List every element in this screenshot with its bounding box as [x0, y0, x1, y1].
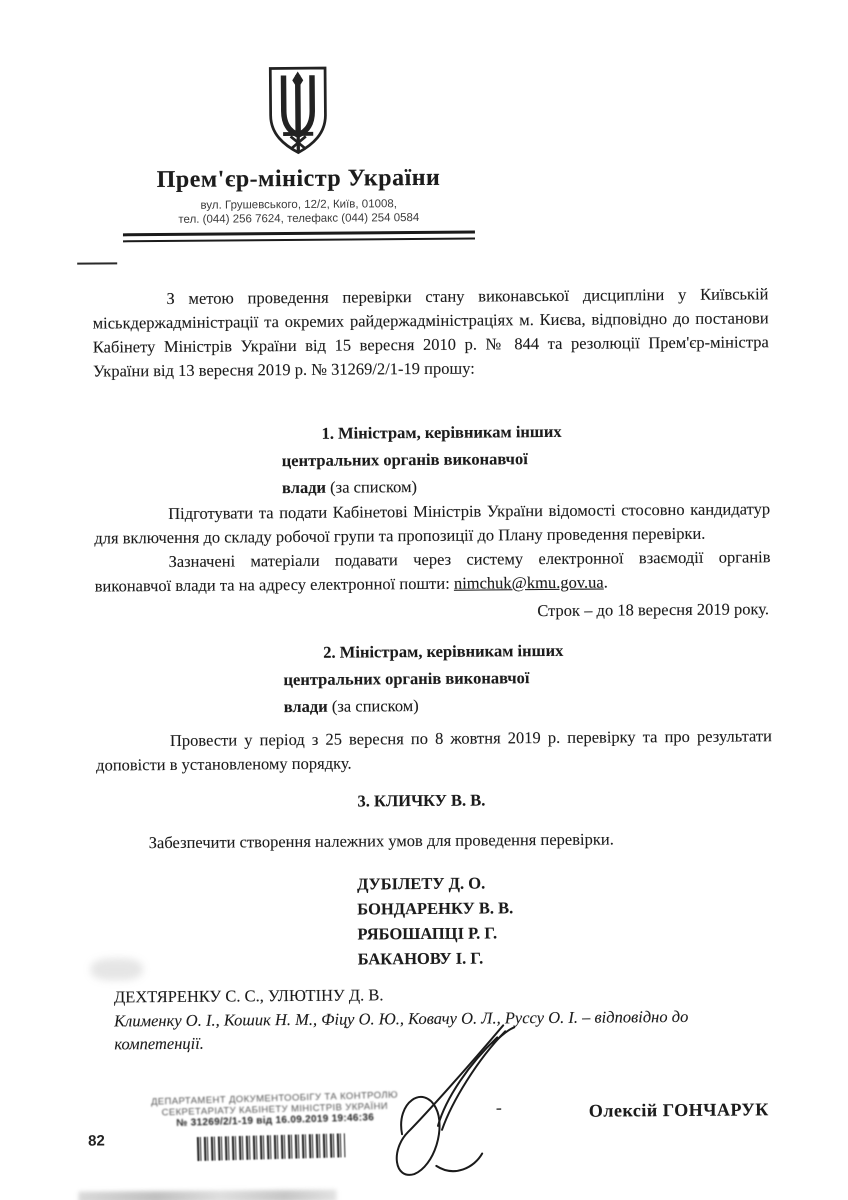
paragraph-inspection: Провести у період з 25 вересня по 8 жовт… [96, 724, 772, 777]
paragraph-email-text: Зазначені матеріали подавати через систе… [95, 547, 771, 595]
org-address: вул. Грушевського, 12/2, Київ, 01008, те… [87, 196, 511, 227]
paragraph-task1: Підготувати та подати Кабінетові Міністр… [94, 497, 770, 550]
scan-smudge [91, 958, 143, 980]
heading-klychko: 3. КЛИЧКУ В. В. [96, 786, 746, 815]
org-address-line2: тел. (044) 256 7624, телефакс (044) 254 … [87, 210, 511, 227]
email-address: nimchuk@kmu.gov.ua [454, 573, 604, 593]
ukraine-trident-emblem-icon [261, 65, 336, 158]
recipient-riaboshapka: РЯБОШАПЦІ Р. Г. [357, 918, 773, 946]
recipient-dubilet: ДУБІЛЕТУ Д. О. [357, 868, 773, 896]
recipient-bondarenko: БОНДАРЕНКУ В. В. [357, 893, 773, 921]
deadline-line: Строк – до 18 вересня 2019 року. [95, 597, 769, 626]
signatory-name: Олексій ГОНЧАРУК [589, 1099, 769, 1121]
paragraph-conditions: Забезпечити створення належних умов для … [97, 826, 773, 855]
addressee2-line1: 2. Міністрам, керівникам інших [283, 637, 593, 666]
letterhead-divider [123, 231, 475, 243]
addressee1-line3: влади (за списком) [282, 472, 592, 501]
signature-dash: - [496, 1097, 502, 1118]
addressee2-line3: влади (за списком) [284, 691, 594, 720]
letterhead: Прем'єр-міністр України вул. Грушевськог… [86, 63, 511, 242]
document-body: З метою проведення перевірки стану викон… [92, 282, 774, 1055]
addressee2-line3-normal: (за списком) [328, 696, 419, 716]
addressee2-line3-bold: влади [284, 697, 328, 716]
paragraph-purpose: З метою проведення перевірки стану викон… [92, 282, 769, 383]
addressee1-line3-normal: (за списком) [326, 477, 417, 497]
scan-skew-wrapper: Прем'єр-міністр України вул. Грушевськог… [0, 0, 848, 1200]
addressee-block-2: 2. Міністрам, керівникам інших центральн… [283, 637, 594, 720]
paragraph-email-period: . [604, 573, 608, 592]
addressee1-line2: центральних органів виконавчої [282, 445, 592, 474]
letterhead-divider-tick [77, 262, 117, 264]
addressee1-line3-bold: влади [282, 478, 326, 497]
page-number: 82 [88, 1132, 105, 1149]
registration-stamp: ДЕПАРТАМЕНТ ДОКУМЕНТООБІГУ ТА КОНТРОЛЮ С… [149, 1090, 400, 1131]
addressee2-line2: центральних органів виконавчої [283, 664, 593, 693]
org-title: Прем'єр-міністр України [86, 164, 510, 194]
addressee1-line1: 1. Міністрам, керівникам інших [281, 418, 591, 447]
scanned-letter-page: Прем'єр-міністр України вул. Грушевськог… [0, 0, 848, 1200]
recipient-bakanov: БАКАНОВУ І. Г. [358, 943, 774, 971]
stamp-barcode [197, 1133, 346, 1161]
recipients-bold-list: ДУБІЛЕТУ Д. О. БОНДАРЕНКУ В. В. РЯБОШАПЦ… [357, 868, 774, 971]
paragraph-email: Зазначені матеріали подавати через систе… [94, 545, 770, 598]
addressee-block-1: 1. Міністрам, керівникам інших центральн… [281, 418, 592, 501]
scan-smudge-bottom [78, 1190, 336, 1200]
